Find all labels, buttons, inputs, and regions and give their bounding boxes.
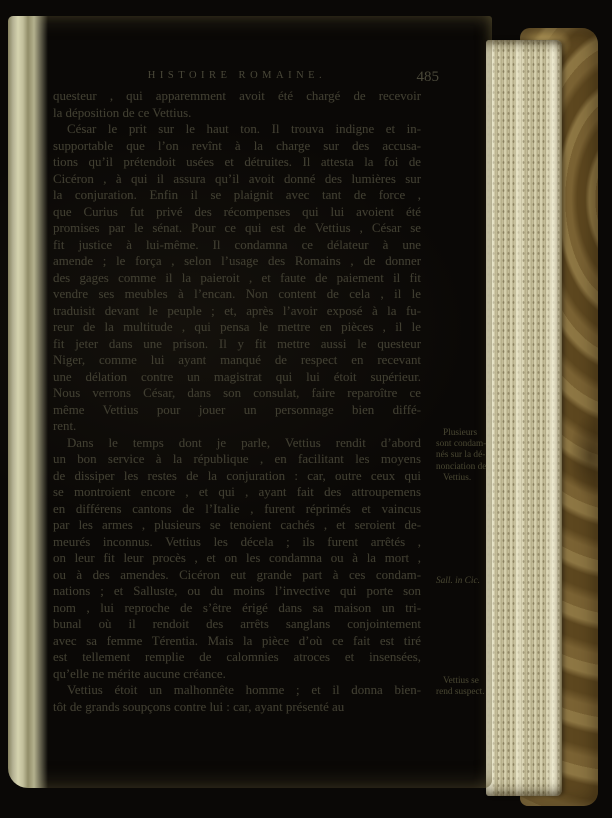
margin-note-condemnations: Plusieurs sont condam- nés sur la dé- no… xyxy=(436,428,498,484)
margin-note-line: sont condam- xyxy=(436,439,498,450)
margin-note-suspect: Vettius se rend suspect. xyxy=(436,676,498,698)
page-number: 485 xyxy=(417,69,440,86)
body-line: Cicéron , à qui il assura qu’il avoit do… xyxy=(53,171,421,188)
margin-note-line: nés sur la dé- xyxy=(436,450,498,461)
body-line: des gages comme il la paieroit , et faut… xyxy=(53,270,421,287)
photo-backdrop: HISTOIRE ROMAINE. 485 questeur , qui app… xyxy=(0,0,612,818)
body-line: un bon service à la république , en faci… xyxy=(53,451,421,468)
body-line: est tellement remplie de calomnies atroc… xyxy=(53,649,421,666)
margin-note-line: Plusieurs xyxy=(436,428,498,439)
body-line: nom , lui reproche de s’être érigé dans … xyxy=(53,600,421,617)
body-line: Niger, comme lui ayant manqué de respect… xyxy=(53,352,421,369)
body-line: fit jeter dans une prison. Il y fit mett… xyxy=(53,336,421,353)
margin-note-line: Vettius. xyxy=(436,473,498,484)
page-header: HISTOIRE ROMAINE. 485 xyxy=(53,70,421,88)
body-line: César le prit sur le haut ton. Il trouva… xyxy=(53,121,421,138)
body-line: tôt de grands soupçons contre lui : car,… xyxy=(53,699,421,716)
margin-note-line: nonciation de xyxy=(436,462,498,473)
body-line: vendre ses meubles à l’encan. Non conten… xyxy=(53,286,421,303)
body-line: reur de la multitude , qui pensa le mett… xyxy=(53,319,421,336)
body-line: supportable que l’on revînt à la charge … xyxy=(53,138,421,155)
body-line: se montroient encore , et qui , ayant fa… xyxy=(53,484,421,501)
book-page: HISTOIRE ROMAINE. 485 questeur , qui app… xyxy=(8,16,492,788)
body-line: rent. xyxy=(53,418,421,435)
body-line: meurés inconnus. Vettius les décela ; il… xyxy=(53,534,421,551)
body-line: fit justice à lui-même. Il condamna ce d… xyxy=(53,237,421,254)
body-line: ou à des amendes. Cicéron eut grande par… xyxy=(53,567,421,584)
body-line: traduisit devant le peuple ; et, après l… xyxy=(53,303,421,320)
body-line: de dissiper les restes de la conjuration… xyxy=(53,468,421,485)
body-line: questeur , qui apparemment avoit été cha… xyxy=(53,88,421,105)
margin-note-line: Vettius se xyxy=(436,676,498,687)
body-line: par les armes , plusieurs se tenoient ca… xyxy=(53,517,421,534)
margin-note-line: Sall. in Cic. xyxy=(436,576,498,587)
body-line: tions qu’il prétendoit usées et détruite… xyxy=(53,154,421,171)
body-line: même Vettius pour jouer un personnage bi… xyxy=(53,402,421,419)
body-text: questeur , qui apparemment avoit été cha… xyxy=(53,88,421,715)
margin-note-citation: Sall. in Cic. xyxy=(436,576,498,587)
body-line: promises par le sénat. Pour ce qui est d… xyxy=(53,220,421,237)
body-line: bunal où il rendoit des arrêts sanglans … xyxy=(53,616,421,633)
body-line: la déposition de ce Vettius. xyxy=(53,105,421,122)
body-line: Vettius étoit un malhonnête homme ; et i… xyxy=(53,682,421,699)
body-line: amende ; le força , selon l’usage des Ro… xyxy=(53,253,421,270)
running-title: HISTOIRE ROMAINE. xyxy=(53,70,421,81)
body-line: on leur fit leur procès , et on les cond… xyxy=(53,550,421,567)
page-gutter-shadow xyxy=(8,16,50,788)
body-line: en différens cantons de l’Italie , furen… xyxy=(53,501,421,518)
body-line: la conjuration. Enfin il se plaignit ave… xyxy=(53,187,421,204)
margin-note-line: rend suspect. xyxy=(436,687,498,698)
body-line: une délation contre un magistrat qui lui… xyxy=(53,369,421,386)
body-line: Nous verrons César, dans son consulat, f… xyxy=(53,385,421,402)
body-line: que Curius fut privé des récompenses qui… xyxy=(53,204,421,221)
body-line: Dans le temps dont je parle, Vettius ren… xyxy=(53,435,421,452)
body-line: qu’elle ne mérite aucune créance. xyxy=(53,666,421,683)
body-line: nations ; et Salluste, ou du moins l’inv… xyxy=(53,583,421,600)
body-line: avec sa femme Térentia. Mais la pièce d’… xyxy=(53,633,421,650)
